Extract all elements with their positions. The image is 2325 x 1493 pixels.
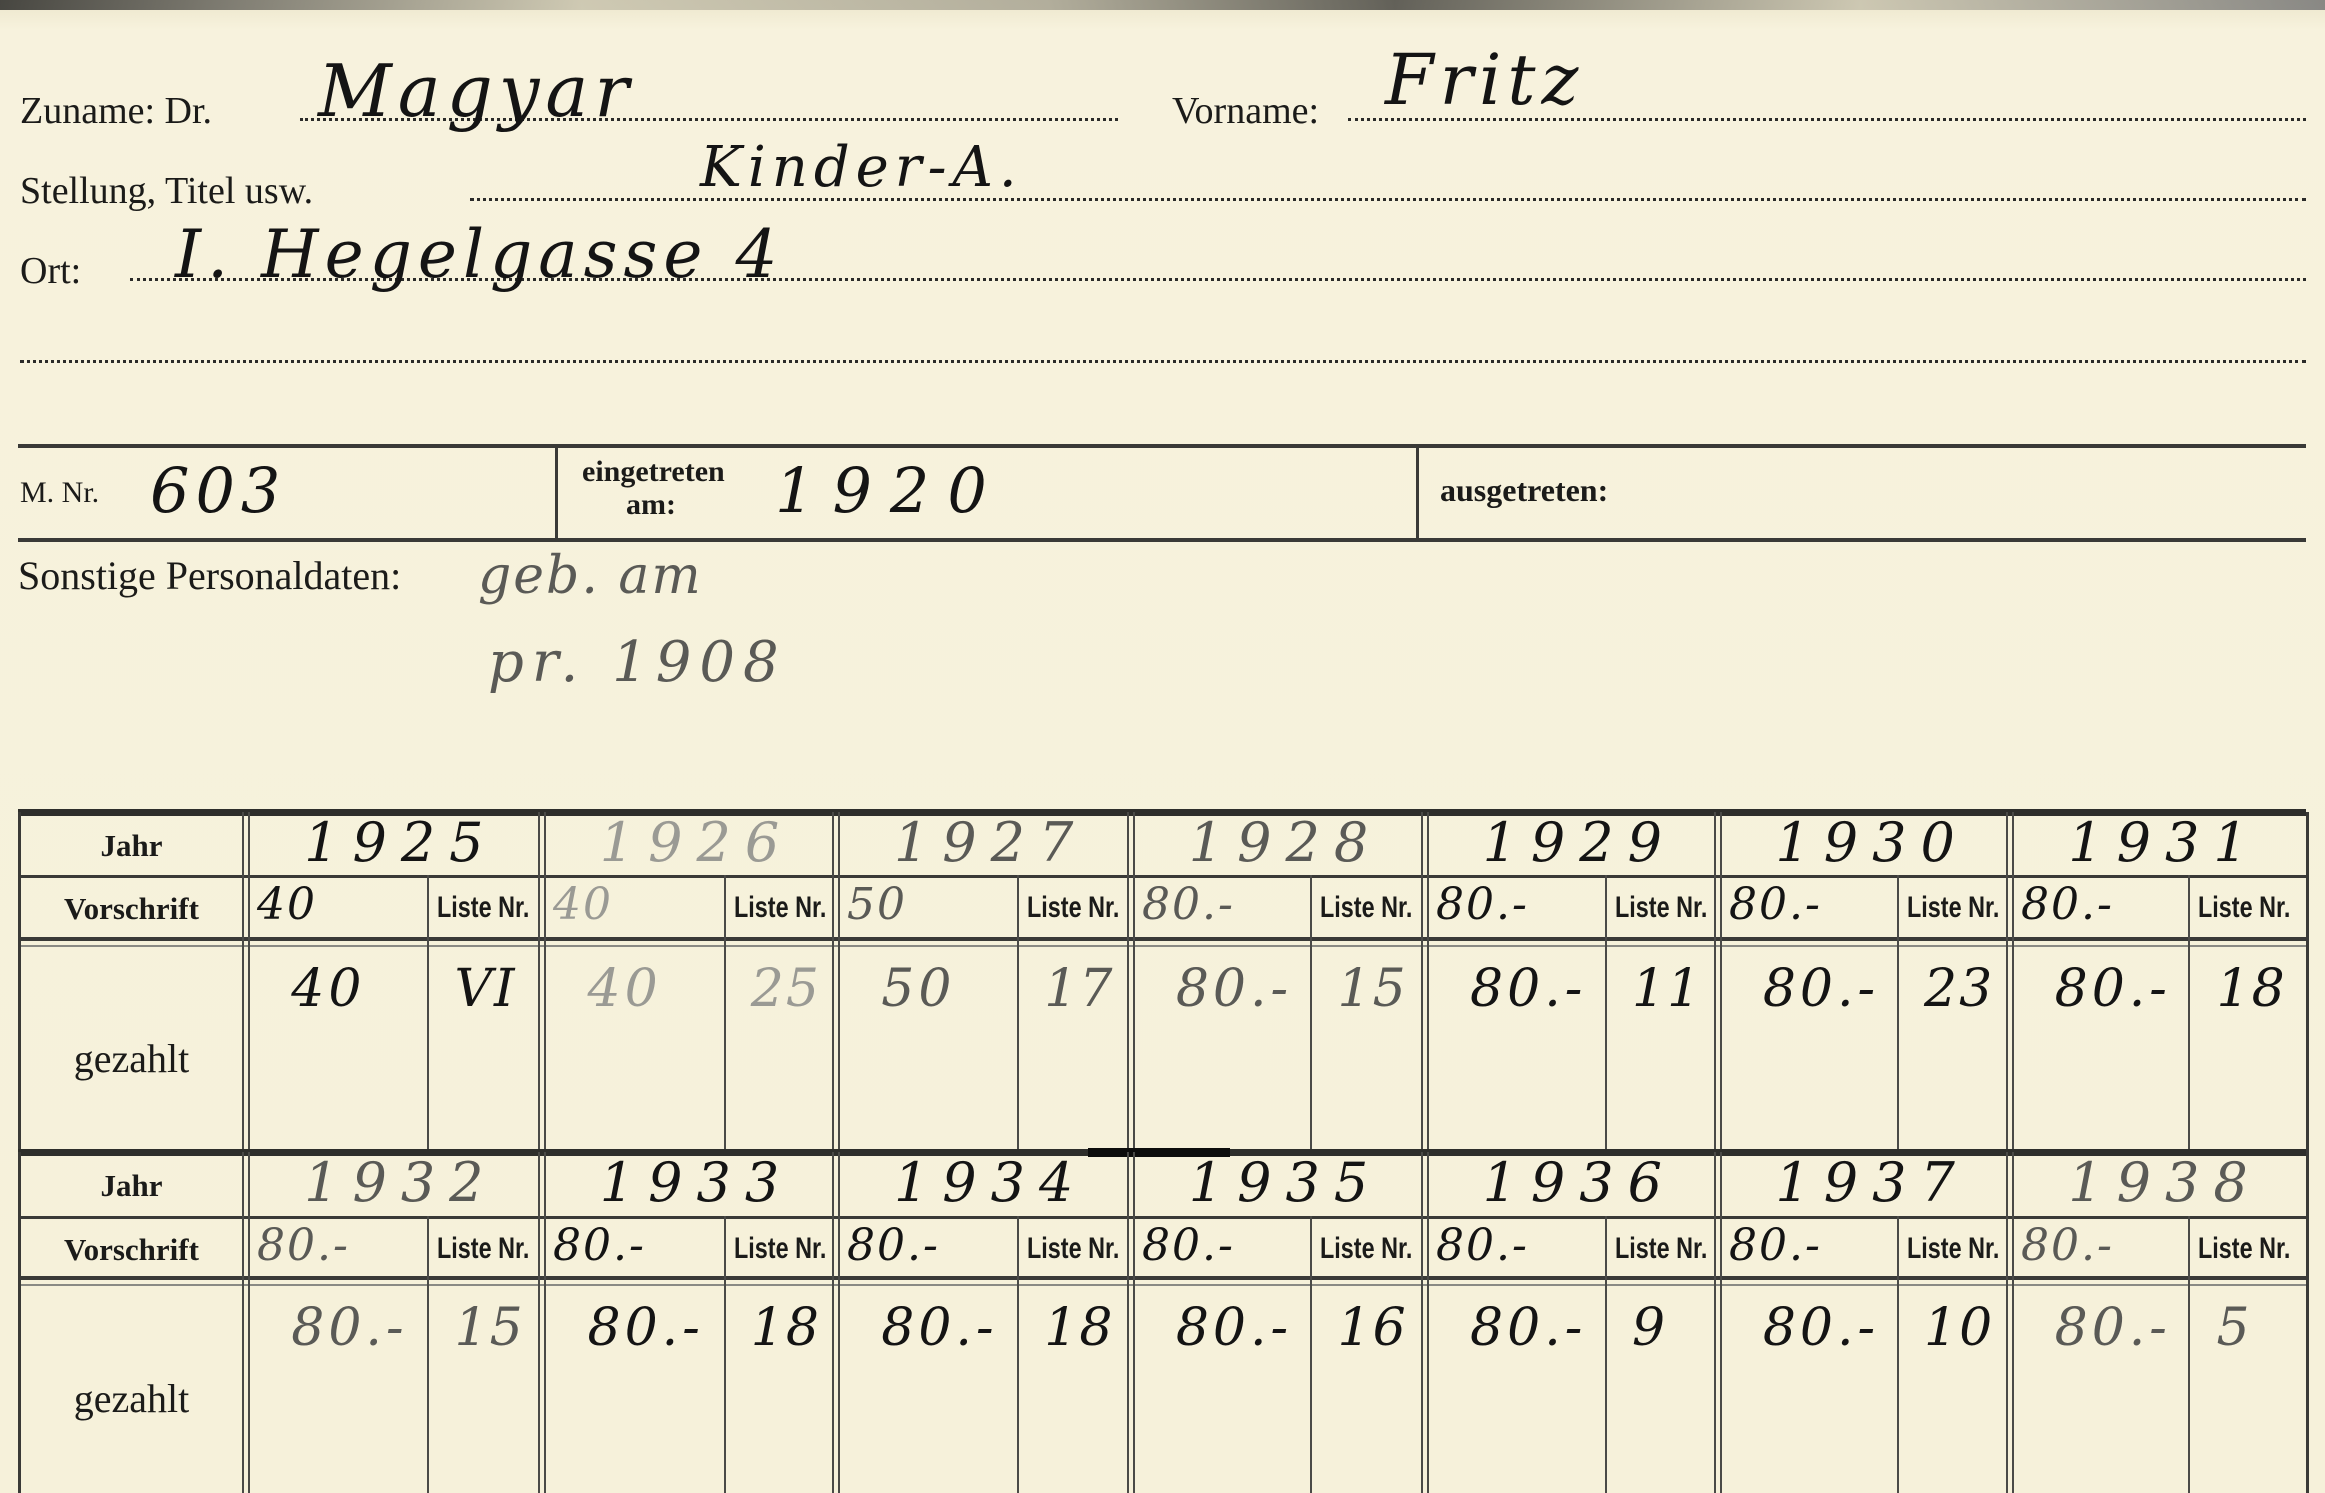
- table-list-divider: [2188, 875, 2190, 1152]
- list-number-value: 18: [751, 1302, 821, 1354]
- table-prescribed-rule-2: [18, 945, 2306, 947]
- prescribed-value: 80.-: [1729, 1224, 1822, 1268]
- personal-data-line2: pr. 1908: [488, 635, 787, 691]
- paid-value: 80.-: [1763, 963, 1879, 1015]
- row-label-year: Jahr: [18, 828, 245, 864]
- list-number-value: 17: [1044, 963, 1114, 1015]
- table-block-divider: [1421, 1152, 1423, 1493]
- blank-line: [20, 360, 2306, 363]
- list-number-header: Liste Nr.: [437, 893, 529, 923]
- prescribed-value: 80.-: [1436, 1224, 1529, 1268]
- table-block-divider: [1133, 1152, 1135, 1493]
- year-value: 1932: [304, 1156, 497, 1210]
- prescribed-value: 80.-: [553, 1224, 646, 1268]
- year-value: 1928: [1189, 816, 1382, 870]
- table-block-divider: [832, 1152, 834, 1493]
- table-block-divider: [544, 812, 546, 1152]
- position-value: Kinder-A.: [700, 140, 1023, 196]
- prescribed-value: 80.-: [847, 1224, 940, 1268]
- table-list-divider: [1897, 1216, 1899, 1493]
- member-index-card: Zuname: Dr. Magyar Vorname: Fritz Stellu…: [0, 0, 2325, 1493]
- list-number-header: Liste Nr.: [2198, 893, 2290, 923]
- prescribed-value: 80.-: [1436, 883, 1529, 927]
- prescribed-value: 80.-: [1729, 883, 1822, 927]
- table-block-divider: [248, 812, 250, 1152]
- prescribed-value: 80.-: [2021, 883, 2114, 927]
- prescribed-value: 40: [257, 883, 317, 927]
- prescribed-value: 40: [553, 883, 613, 927]
- table-block-divider: [538, 1152, 540, 1493]
- prescribed-value: 80.-: [257, 1224, 350, 1268]
- position-label: Stellung, Titel usw.: [20, 172, 313, 210]
- table-prescribed-rule-2: [18, 1284, 2306, 1286]
- table-block-divider: [544, 1152, 546, 1493]
- table-list-divider: [1605, 875, 1607, 1152]
- list-number-value: 16: [1338, 1302, 1408, 1354]
- table-block-divider: [838, 812, 840, 1152]
- row-label-year: Jahr: [18, 1168, 245, 1204]
- year-value: 1933: [600, 1156, 793, 1210]
- paid-value: 50: [881, 963, 955, 1015]
- row-label-paid: gezahlt: [18, 1375, 245, 1422]
- table-block-divider: [1127, 1152, 1129, 1493]
- list-number-value: 15: [455, 1302, 525, 1354]
- member-number-label: M. Nr.: [20, 478, 99, 508]
- paid-value: 80.-: [1470, 963, 1586, 1015]
- surname-value: Magyar: [318, 55, 635, 127]
- table-list-divider: [1017, 875, 1019, 1152]
- membership-divider-2: [1416, 448, 1419, 538]
- table-block-divider: [2006, 1152, 2008, 1493]
- year-value: 1926: [600, 816, 793, 870]
- year-value: 1935: [1189, 1156, 1382, 1210]
- list-number-value: 11: [1632, 963, 1702, 1015]
- year-value: 1927: [894, 816, 1087, 870]
- list-number-value: VI: [455, 963, 517, 1015]
- paid-value: 80.-: [588, 1302, 704, 1354]
- list-number-header: Liste Nr.: [1320, 1234, 1412, 1264]
- personal-data-line1: geb. am: [478, 550, 703, 602]
- paid-value: 80.-: [1763, 1302, 1879, 1354]
- table-prescribed-rule: [18, 937, 2306, 941]
- year-value: 1937: [1775, 1156, 1968, 1210]
- firstname-label: Vorname:: [1172, 92, 1319, 130]
- year-value: 1938: [2068, 1156, 2261, 1210]
- table-block-divider: [1421, 812, 1423, 1152]
- table-list-divider: [724, 1216, 726, 1493]
- year-value: 1934: [894, 1156, 1087, 1210]
- year-value: 1936: [1483, 1156, 1676, 1210]
- paid-value: 40: [291, 963, 365, 1015]
- table-list-divider: [724, 875, 726, 1152]
- table-right-border: [2306, 1152, 2309, 1493]
- scan-edge-shadow: [0, 0, 2325, 10]
- place-label: Ort:: [20, 252, 81, 290]
- year-value: 1930: [1775, 816, 1968, 870]
- paid-value: 80.-: [1176, 1302, 1292, 1354]
- year-value: 1929: [1483, 816, 1676, 870]
- table-block-divider: [1720, 812, 1722, 1152]
- table-block-divider: [1133, 812, 1135, 1152]
- row-label-paid: gezahlt: [18, 1035, 245, 1082]
- table-list-divider: [2188, 1216, 2190, 1493]
- table-block-divider: [2012, 812, 2014, 1152]
- table-block-divider: [248, 1152, 250, 1493]
- table-list-divider: [427, 875, 429, 1152]
- list-number-header: Liste Nr.: [1907, 893, 1999, 923]
- place-value: I. Hegelgasse 4: [175, 222, 783, 288]
- table-prescribed-rule: [18, 1276, 2306, 1280]
- list-number-value: 23: [1924, 963, 1994, 1015]
- table-right-border: [2306, 812, 2309, 1152]
- row-label-prescribed: Vorschrift: [18, 891, 245, 927]
- list-number-header: Liste Nr.: [1907, 1234, 1999, 1264]
- prescribed-value: 80.-: [1142, 883, 1235, 927]
- table-block-divider: [2012, 1152, 2014, 1493]
- table-block-divider: [1714, 1152, 1716, 1493]
- firstname-value: Fritz: [1385, 45, 1584, 115]
- paid-value: 80.-: [1470, 1302, 1586, 1354]
- list-number-header: Liste Nr.: [1615, 1234, 1707, 1264]
- prescribed-value: 80.-: [1142, 1224, 1235, 1268]
- table-year-rule: [18, 875, 2306, 878]
- membership-bottom-rule: [18, 538, 2306, 542]
- table-block-divider: [832, 812, 834, 1152]
- personal-data-label: Sonstige Personaldaten:: [18, 556, 401, 596]
- prescribed-value: 50: [847, 883, 907, 927]
- table-year-rule: [18, 1216, 2306, 1219]
- list-number-header: Liste Nr.: [2198, 1234, 2290, 1264]
- table-list-divider: [1605, 1216, 1607, 1493]
- membership-top-rule: [18, 444, 2306, 448]
- paid-value: 40: [588, 963, 662, 1015]
- table-list-divider: [1310, 875, 1312, 1152]
- list-number-header: Liste Nr.: [437, 1234, 529, 1264]
- paid-value: 80.-: [881, 1302, 997, 1354]
- joined-label-line2: am:: [626, 490, 676, 520]
- surname-label: Zuname: Dr.: [20, 92, 212, 130]
- table-list-divider: [427, 1216, 429, 1493]
- paid-value: 80.-: [2055, 963, 2171, 1015]
- table-block-divider: [1127, 812, 1129, 1152]
- paid-value: 80.-: [2055, 1302, 2171, 1354]
- prescribed-value: 80.-: [2021, 1224, 2114, 1268]
- list-number-value: 18: [1044, 1302, 1114, 1354]
- paid-value: 80.-: [291, 1302, 407, 1354]
- joined-value: 1920: [775, 460, 1005, 522]
- table-block-divider: [2006, 812, 2008, 1152]
- membership-divider-1: [555, 448, 558, 538]
- table-block-divider: [1714, 812, 1716, 1152]
- table-block-divider: [538, 812, 540, 1152]
- list-number-value: 18: [2217, 963, 2287, 1015]
- table-block-divider: [1720, 1152, 1722, 1493]
- table-list-divider: [1897, 875, 1899, 1152]
- list-number-header: Liste Nr.: [1615, 893, 1707, 923]
- table-list-divider: [1310, 1216, 1312, 1493]
- list-number-value: 25: [751, 963, 821, 1015]
- list-number-header: Liste Nr.: [734, 1234, 826, 1264]
- list-number-value: 5: [2217, 1302, 2252, 1354]
- joined-label-line1: eingetreten: [582, 457, 725, 487]
- list-number-header: Liste Nr.: [1027, 1234, 1119, 1264]
- table-block-divider: [1427, 812, 1429, 1152]
- year-value: 1925: [304, 816, 497, 870]
- table-block-divider: [838, 1152, 840, 1493]
- table-block-divider: [1427, 1152, 1429, 1493]
- list-number-header: Liste Nr.: [1027, 893, 1119, 923]
- year-value: 1931: [2068, 816, 2261, 870]
- paid-value: 80.-: [1176, 963, 1292, 1015]
- list-number-value: 15: [1338, 963, 1408, 1015]
- member-number-value: 603: [150, 460, 286, 522]
- list-number-header: Liste Nr.: [1320, 893, 1412, 923]
- left-label: ausgetreten:: [1440, 474, 1608, 506]
- list-number-value: 9: [1632, 1302, 1667, 1354]
- list-number-header: Liste Nr.: [734, 893, 826, 923]
- list-number-value: 10: [1924, 1302, 1994, 1354]
- table-list-divider: [1017, 1216, 1019, 1493]
- row-label-prescribed: Vorschrift: [18, 1232, 245, 1268]
